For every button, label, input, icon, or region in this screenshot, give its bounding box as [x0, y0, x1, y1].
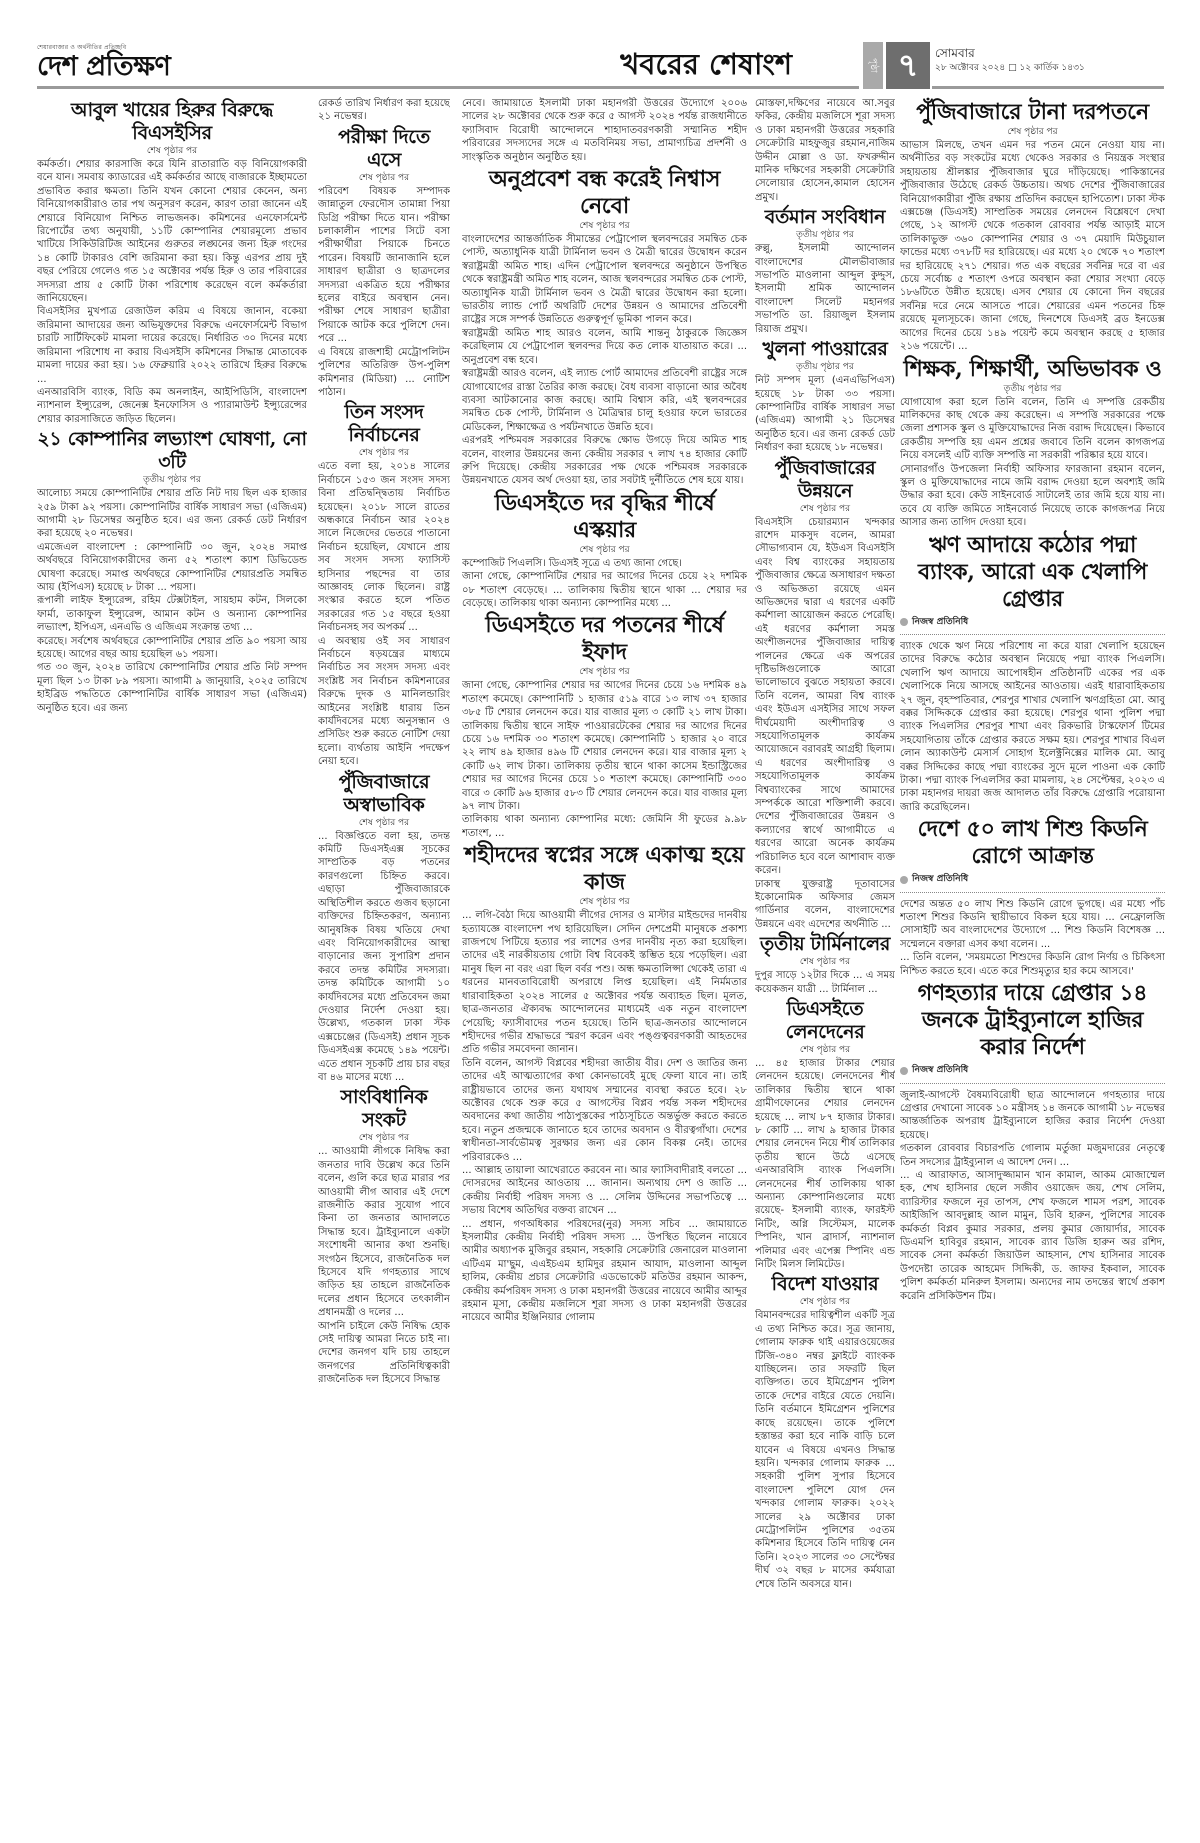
paragraph: জানা গেছে, কোম্পানির শেয়ার দর আগের দিনে…	[462, 679, 747, 813]
column-left-narrow: রেকর্ড তারিখ নির্ধারণ করা হয়েছে ২১ নভেম…	[318, 97, 450, 1747]
bullet-icon	[900, 618, 908, 626]
paragraph: এনআরবিসি ব্যাংক, বিডি কম অনলাইন, আইপিডিস…	[37, 386, 307, 426]
article-constitutional-crisis: সাংবিধানিক সংকট শেষ পৃষ্ঠার পর ... আওয়া…	[318, 1086, 450, 1386]
paragraph: ... প্রধান, গণঅধিকার পরিষদের(নুর) সদস্য …	[462, 1218, 747, 1325]
paragraph: ... এ আরাফাত, আসাদুজ্জামান খান কামাল, আক…	[900, 1169, 1165, 1303]
bullet-icon	[900, 876, 908, 884]
masthead-rule	[932, 86, 1164, 89]
headline[interactable]: শিক্ষক, শিক্ষার্থী, অভিভাবক ও	[900, 356, 1165, 383]
headline[interactable]: তিন সংসদ নির্বাচনের	[318, 401, 450, 447]
headline[interactable]: গণহত্যার দায়ে গ্রেপ্তার ১৪ জনকে ট্রাইব্…	[900, 980, 1165, 1061]
jump-line: শেষ পৃষ্ঠার পর	[755, 1044, 895, 1056]
paragraph: দুপুর সাড়ে ১২টার দিকে ... এ সময় কয়েকজ…	[755, 969, 895, 996]
byline: নিজস্ব প্রতিনিধি	[900, 613, 1165, 635]
headline[interactable]: পরীক্ষা দিতে এসে	[318, 126, 450, 172]
paragraph: আলোচ্য সময়ে কোম্পানিটির শেয়ার প্রতি নি…	[37, 487, 307, 541]
paragraph: ... আল্লাহ তায়ালা আখেরাতে করবেন না। আর …	[462, 1164, 747, 1218]
page-label: পৃষ্ঠা	[863, 42, 883, 89]
headline[interactable]: ডিএসইতে লেনদেনের	[755, 998, 895, 1044]
jump-line: শেষ পৃষ্ঠার পর	[755, 503, 895, 515]
paragraph: বাংলাদেশের আন্তর্জাতিক সীমান্তের পেট্রাপ…	[462, 233, 747, 327]
article-exam: পরীক্ষা দিতে এসে শেষ পৃষ্ঠার পর পরিবেশ ব…	[318, 126, 450, 400]
article-hiru: আবুল খায়ের হিরুর বিরুদ্ধে বিএসইসির শেষ …	[37, 99, 307, 426]
headline[interactable]: ২১ কোম্পানির লভ্যাংশ ঘোষণা, নো ৩টি	[37, 428, 307, 474]
headline[interactable]: ডিএসইতে দর পতনের শীর্ষে ইফাদ	[462, 612, 747, 666]
paragraph: কম্পোজিট পিএলসি। ডিএসই সূত্রে এ তথ্য জান…	[462, 557, 747, 570]
article-dividend: ২১ কোম্পানির লভ্যাংশ ঘোষণা, নো ৩টি তৃতীয…	[37, 428, 307, 715]
column-center: নেবে। জামায়াতে ইসলামী ঢাকা মহানগরী উত্ত…	[462, 97, 747, 1747]
jump-line: শেষ পৃষ্ঠার পর	[462, 896, 747, 908]
jump-line: শেষ পৃষ্ঠার পর	[37, 145, 307, 157]
weekday: সোমবার	[935, 46, 1085, 61]
paragraph: এমজেএল বাংলাদেশ : কোম্পানিটি ৩০ জুন, ২০২…	[37, 541, 307, 595]
jump-line: শেষ পৃষ্ঠার পর	[755, 956, 895, 968]
jump-line: শেষ পৃষ্ঠার পর	[462, 666, 747, 678]
carry-over: মোস্তফা,দক্ষিণের নায়েবে আ.সবুর ফকির, কে…	[755, 97, 895, 204]
jump-line: শেষ পৃষ্ঠার পর	[462, 544, 747, 556]
jump-line: তৃতীয় পৃষ্ঠার পর	[900, 383, 1165, 395]
article-kidney: দেশে ৫০ লাখ শিশু কিডনি রোগে আক্রান্ত নিজ…	[900, 816, 1165, 978]
article-third-terminal: তৃতীয় টার্মিনালের শেষ পৃষ্ঠার পর দুপুর …	[755, 933, 895, 996]
article-martyrs: শহীদদের স্বপ্নের সঙ্গে একাত্ম হয়ে কাজ শ…	[462, 842, 747, 1325]
jump-line: শেষ পৃষ্ঠার পর	[755, 1296, 895, 1308]
byline-text: নিজস্ব প্রতিনিধি	[912, 1064, 968, 1077]
jump-line: তৃতীয় পৃষ্ঠার পর	[755, 229, 895, 241]
paragraph: জুলাই-আগস্টে বৈষম্যবিরোধী ছাত্র আন্দোলনে…	[900, 1089, 1165, 1143]
headline[interactable]: শহীদদের স্বপ্নের সঙ্গে একাত্ম হয়ে কাজ	[462, 842, 747, 896]
paragraph: রূপালী লাইফ ইন্স্যুরেন্স, রহিম টেক্সটাইল…	[37, 594, 307, 634]
article-infiltration: অনুপ্রবেশ বন্ধ করেই নিশ্বাস নেবো শেষ পৃষ…	[462, 166, 747, 488]
paragraph: গতকাল রোববার বিচারপতি গোলাম মর্তুজা মজুম…	[900, 1142, 1165, 1169]
headline[interactable]: পুঁজিবাজারে অস্বাভাবিক	[318, 771, 450, 817]
article-market-dev: পুঁজিবাজারের উন্নয়নে শেষ পৃষ্ঠার পর বিএ…	[755, 457, 895, 932]
article-three-elections: তিন সংসদ নির্বাচনের শেষ পৃষ্ঠার পর এতে ব…	[318, 401, 450, 768]
paragraph: ... তিনি বলেন, 'সময়মতো শিশুদের কিডনি রো…	[900, 951, 1165, 978]
byline-text: নিজস্ব প্রতিনিধি	[912, 873, 968, 886]
byline: নিজস্ব প্রতিনিধি	[900, 1061, 1165, 1083]
jump-line: শেষ পৃষ্ঠার পর	[900, 126, 1165, 138]
headline[interactable]: দেশে ৫০ লাখ শিশু কিডনি রোগে আক্রান্ত	[900, 816, 1165, 870]
headline[interactable]: তৃতীয় টার্মিনালের	[755, 933, 895, 956]
jump-line: শেষ পৃষ্ঠার পর	[318, 817, 450, 829]
paragraph: তিনি বলেন, আগস্ট বিপ্লবের শহীদরা জাতীয় …	[462, 1057, 747, 1164]
paragraph: তালিকায় থাকা অন্যান্য কোম্পানির মধ্যে: …	[462, 813, 747, 840]
article-education: শিক্ষক, শিক্ষার্থী, অভিভাবক ও তৃতীয় পৃষ…	[900, 356, 1165, 530]
jump-line: তৃতীয় পৃষ্ঠার পর	[755, 361, 895, 373]
paragraph: এ বিষয়ে রাজশাহী মেট্রোপলিটন পুলিশের অতি…	[318, 346, 450, 400]
paragraph: যোগাযোগ করা হলে তিনি বলেন, তিনি এ সম্পত্…	[900, 396, 1165, 463]
jump-line: শেষ পৃষ্ঠার পর	[462, 220, 747, 232]
article-dse-gainer: ডিএসইতে দর বৃদ্ধির শীর্ষে এস্কয়ার শেষ প…	[462, 490, 747, 611]
paragraph: ... লগি-বৈঠা দিয়ে আওয়ামী লীগের দোসর ও …	[462, 909, 747, 1056]
paragraph: স্বরাষ্ট্রমন্ত্রী অমিত শাহ আরও বলেন, আমি…	[462, 327, 747, 367]
headline[interactable]: পুঁজিবাজারের উন্নয়নে	[755, 457, 895, 503]
carry-over: রেকর্ড তারিখ নির্ধারণ করা হয়েছে ২১ নভেম…	[318, 97, 450, 124]
headline[interactable]: বিদেশ যাওয়ার	[755, 1273, 895, 1296]
paragraph: রুল্লু, ইসলামী আন্দোলন বাংলাদেশের মৌলভীব…	[755, 242, 895, 336]
paragraph: কর্মকর্তা। শেয়ার কারসাজি করে যিনি রাতার…	[37, 158, 307, 305]
paragraph: ... ৪৫ হাজার টাকার শেয়ার লেনদেন হয়েছে।…	[755, 1057, 895, 1272]
masthead: শেয়ারবাজার ও অর্থনীতির প্রতিচ্ছবি দেশ প…	[0, 0, 1200, 95]
headline[interactable]: ঋণ আদায়ে কঠোর পদ্মা ব্যাংক, আরো এক খেলা…	[900, 532, 1165, 613]
paragraph: ব্যাংক থেকে ঋণ নিয়ে পরিশোধ না করে যারা …	[900, 640, 1165, 814]
article-market-fall: পুঁজিবাজারে টানা দরপতনে শেষ পৃষ্ঠার পর আ…	[900, 99, 1165, 354]
paragraph: আপনি চাইলে কেউ নিষিদ্ধ হোক সেই দায়িত্ব …	[318, 1320, 450, 1387]
jump-line: শেষ পৃষ্ঠার পর	[318, 172, 450, 184]
paragraph: বিএসইসির মুখপাত্র রেজাউল করিম এ বিষয়ে জ…	[37, 305, 307, 385]
paragraph: এরপরই পশ্চিমবঙ্গ সরকারের বিরুদ্ধে ক্ষোভ …	[462, 434, 747, 488]
headline[interactable]: আবুল খায়ের হিরুর বিরুদ্ধে বিএসইসির	[37, 99, 307, 145]
paragraph: এতে বলা হয়, ২০১৪ সালের নির্বাচনে ১৫৩ জন…	[318, 460, 450, 634]
article-genocide: গণহত্যার দায়ে গ্রেপ্তার ১৪ জনকে ট্রাইব্…	[900, 980, 1165, 1303]
logo-title: দেশ প্রতিক্ষণ	[37, 52, 170, 82]
article-market-abnormal: পুঁজিবাজারে অস্বাভাবিক শেষ পৃষ্ঠার পর ..…	[318, 771, 450, 1085]
article-going-abroad: বিদেশ যাওয়ার শেষ পৃষ্ঠার পর বিমানবন্দরে…	[755, 1273, 895, 1591]
paragraph: গত ৩০ জুন, ২০২৪ তারিখে কোম্পানিটির শেয়া…	[37, 661, 307, 715]
byline: নিজস্ব প্রতিনিধি	[900, 870, 1165, 892]
date: ২৮ অক্টোবর ২০২৪ □ ১২ কার্তিক ১৪৩১	[935, 61, 1085, 75]
headline[interactable]: ডিএসইতে দর বৃদ্ধির শীর্ষে এস্কয়ার	[462, 490, 747, 544]
paragraph: সোনারগাঁও উপজেলা নির্বাহী অফিসার ফারজানা…	[900, 463, 1165, 530]
headline[interactable]: পুঁজিবাজারে টানা দরপতনে	[900, 99, 1165, 126]
paragraph: বিএসইসি চেয়ারম্যান খন্দকার রাশেদ মাকসুদ…	[755, 516, 895, 878]
page-number: ৭	[886, 42, 930, 89]
masthead-rule	[37, 86, 259, 89]
paragraph: জানা গেছে, কোম্পানিটির শেয়ার দর আগের দি…	[462, 570, 747, 610]
column-left: আবুল খায়ের হিরুর বিরুদ্ধে বিএসইসির শেষ …	[37, 97, 307, 1747]
bullet-icon	[900, 1067, 908, 1075]
headline[interactable]: বর্তমান সংবিধান	[755, 206, 895, 229]
dateline: সোমবার ২৮ অক্টোবর ২০২৪ □ ১২ কার্তিক ১৪৩১	[935, 46, 1085, 75]
paragraph: স্বরাষ্ট্রমন্ত্রী আরও বলেন, এই ল্যান্ড প…	[462, 367, 747, 434]
paragraph: দেশের অন্তত ৫০ লাখ শিশু কিডনি রোগে ভুগছে…	[900, 898, 1165, 952]
article-padma-bank: ঋণ আদায়ে কঠোর পদ্মা ব্যাংক, আরো এক খেলা…	[900, 532, 1165, 815]
jump-line: তৃতীয় পৃষ্ঠার পর	[37, 474, 307, 486]
newspaper-logo[interactable]: শেয়ারবাজার ও অর্থনীতির প্রতিচ্ছবি দেশ প…	[37, 44, 170, 82]
headline[interactable]: খুলনা পাওয়ারের	[755, 338, 895, 361]
article-dse-loser: ডিএসইতে দর পতনের শীর্ষে ইফাদ শেষ পৃষ্ঠার…	[462, 612, 747, 840]
paragraph: পরিবেশ বিষয়ক সম্পাদক জান্নাতুল ফেরদৌস ত…	[318, 185, 450, 346]
jump-line: শেষ পৃষ্ঠার পর	[318, 447, 450, 459]
article-present-constitution: বর্তমান সংবিধান তৃতীয় পৃষ্ঠার পর রুল্লু…	[755, 206, 895, 336]
byline-text: নিজস্ব প্রতিনিধি	[912, 616, 968, 629]
jump-line: শেষ পৃষ্ঠার পর	[318, 1132, 450, 1144]
article-khulna-power: খুলনা পাওয়ারের তৃতীয় পৃষ্ঠার পর নিট সম…	[755, 338, 895, 454]
column-right: পুঁজিবাজারে টানা দরপতনে শেষ পৃষ্ঠার পর আ…	[900, 97, 1165, 1747]
paragraph: আভাস মিলছে, তখন এমন দর পতন মেনে নেওয়া য…	[900, 139, 1165, 354]
carry-over: নেবে। জামায়াতে ইসলামী ঢাকা মহানগরী উত্ত…	[462, 97, 747, 164]
paragraph: নিট সম্পদ মূল্য (এনএভিপিএস) হয়েছে ১৮ টা…	[755, 374, 895, 454]
paragraph: ... বিজ্ঞপ্তিতে বলা হয়, তদন্ত কমিটি ডিএ…	[318, 830, 450, 1085]
article-dse-turnover: ডিএসইতে লেনদেনের শেষ পৃষ্ঠার পর ... ৪৫ হ…	[755, 998, 895, 1272]
paragraph: করেছে। সর্বশেষ অর্থবছরে কোম্পানিটির শেয়…	[37, 635, 307, 662]
headline[interactable]: সাংবিধানিক সংকট	[318, 1086, 450, 1132]
headline[interactable]: অনুপ্রবেশ বন্ধ করেই নিশ্বাস নেবো	[462, 166, 747, 220]
paragraph: এ অবস্থায় ওই সব সাধারণ নির্বাচনে ষড়যন্…	[318, 635, 450, 769]
column-right-narrow: মোস্তফা,দক্ষিণের নায়েবে আ.সবুর ফকির, কে…	[755, 97, 895, 1747]
paragraph: ... আওয়ামী লীগকে নিষিদ্ধ করা জনতার দাবি…	[318, 1145, 450, 1319]
paragraph: বিমানবন্দরের দায়িত্বশীল একটি সূত্র এ তথ…	[755, 1309, 895, 1591]
paragraph: ঢাকাস্থ যুক্তরাষ্ট্র দূতাবাসের ইকোনোমিক …	[755, 878, 895, 932]
